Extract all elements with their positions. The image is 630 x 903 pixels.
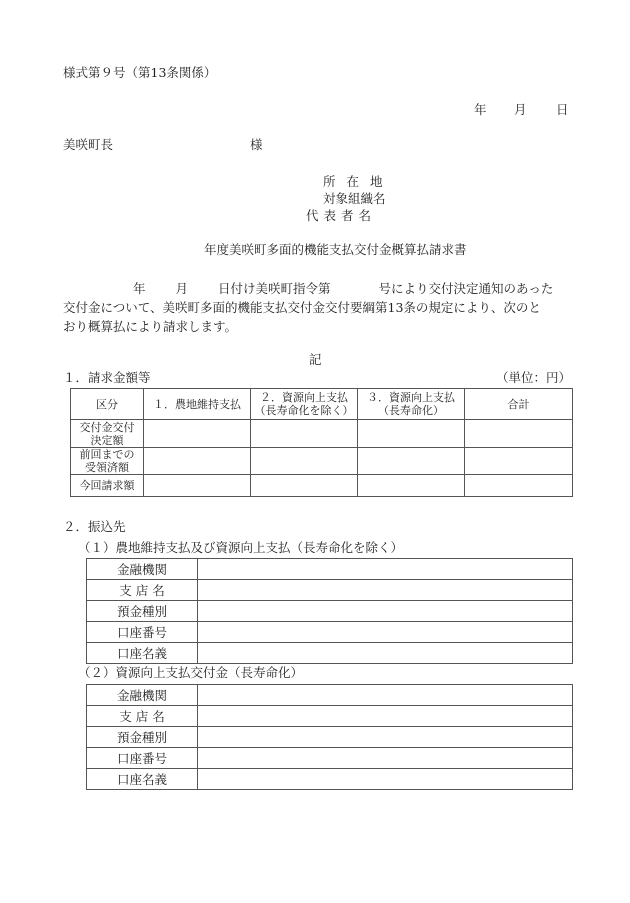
cell-input[interactable]	[358, 420, 465, 448]
request-amount-table: 区分 １．農地維持支払 ２．資源向上支払（長寿命化を除く） ３．資源向上支払（長…	[70, 388, 573, 497]
table-row: 口座名義	[87, 643, 573, 664]
body-line3: おり概算払により請求します。	[63, 317, 573, 336]
col3-line1: ３．資源向上支払	[358, 391, 464, 404]
cell-input[interactable]	[251, 448, 358, 475]
field-label: 預金種別	[87, 601, 198, 622]
form-number: 様式第９号（第13条関係）	[63, 67, 216, 80]
account-holder-field[interactable]	[198, 643, 573, 664]
field-label: 口座名義	[87, 769, 198, 790]
field-label: 口座名義	[87, 643, 198, 664]
date-day-label: 日	[556, 104, 569, 117]
branch-name-field[interactable]	[198, 706, 573, 727]
account2-title: （２）資源向上支払交付金（長寿命化）	[78, 667, 303, 680]
table-row: 口座番号	[87, 748, 573, 769]
unit-label: （単位：円）	[496, 372, 571, 385]
col-header-category: 区分	[71, 389, 144, 420]
table-row: 交付金交付決定額	[71, 420, 573, 448]
cell-input[interactable]	[144, 475, 251, 497]
bank-name-field[interactable]	[198, 685, 573, 706]
document-title: 年度美咲町多面的機能支払交付金概算払請求書	[204, 244, 467, 257]
table-row: 口座番号	[87, 622, 573, 643]
row-label-line2: 決定額	[71, 434, 143, 447]
date-year-label: 年	[474, 104, 487, 117]
table-row: 支 店 名	[87, 706, 573, 727]
col2-line1: ２．資源向上支払	[251, 391, 357, 404]
col-header-resource: ２．資源向上支払（長寿命化を除く）	[251, 389, 358, 420]
bank-account-table-1: 金融機関 支 店 名 預金種別 口座番号 口座名義	[86, 558, 573, 664]
account-number-field[interactable]	[198, 748, 573, 769]
table-row: 預金種別	[87, 601, 573, 622]
col-header-farmland: １．農地維持支払	[144, 389, 251, 420]
body-year: 年	[133, 281, 146, 296]
table-row: 今回請求額	[71, 475, 573, 497]
account-holder-field[interactable]	[198, 769, 573, 790]
section2-heading: ２．振込先	[63, 521, 126, 534]
account1-title: （１）農地維持支払及び資源向上支払（長寿命化を除く）	[78, 542, 403, 555]
col2-line2: （長寿命化を除く）	[251, 404, 357, 417]
body-line1-tail: 号により交付決定通知のあった	[379, 281, 554, 296]
honorific: 様	[250, 139, 263, 152]
cell-input[interactable]	[465, 448, 573, 475]
cell-input[interactable]	[465, 475, 573, 497]
row-label: 前回までの受領済額	[71, 448, 144, 475]
field-label: 口座番号	[87, 748, 198, 769]
body-paragraph: 年月日付け美咲町指令第号により交付決定通知のあった 交付金について、美咲町多面的…	[63, 279, 573, 336]
table-row: 預金種別	[87, 727, 573, 748]
deposit-type-field[interactable]	[198, 601, 573, 622]
table-row: 口座名義	[87, 769, 573, 790]
date-month-label: 月	[514, 104, 527, 117]
field-label: 支 店 名	[87, 580, 198, 601]
field-label: 金融機関	[87, 559, 198, 580]
cell-input[interactable]	[144, 420, 251, 448]
table-row: 金融機関	[87, 559, 573, 580]
deposit-type-field[interactable]	[198, 727, 573, 748]
cell-input[interactable]	[251, 420, 358, 448]
body-line2: 交付金について、美咲町多面的機能支払交付金交付要綱第13条の規定により、次のと	[63, 298, 573, 317]
bank-account-table-2: 金融機関 支 店 名 預金種別 口座番号 口座名義	[86, 684, 573, 790]
bank-name-field[interactable]	[198, 559, 573, 580]
col-header-total: 合計	[465, 389, 573, 420]
col-header-longevity: ３．資源向上支払（長寿命化）	[358, 389, 465, 420]
row-label-line1: 交付金交付	[71, 421, 143, 434]
table-row: 前回までの受領済額	[71, 448, 573, 475]
field-label: 金融機関	[87, 685, 198, 706]
cell-input[interactable]	[251, 475, 358, 497]
col3-line2: （長寿命化）	[358, 404, 464, 417]
cell-input[interactable]	[144, 448, 251, 475]
address-label: 所在地	[323, 176, 394, 189]
cell-input[interactable]	[358, 448, 465, 475]
ki-heading: 記	[309, 354, 322, 367]
addressee: 美咲町長	[63, 139, 113, 152]
field-label: 支 店 名	[87, 706, 198, 727]
row-label-line1: 前回までの	[71, 448, 143, 461]
table-row: 支 店 名	[87, 580, 573, 601]
table-row: 金融機関	[87, 685, 573, 706]
field-label: 預金種別	[87, 727, 198, 748]
representative-label: 代表者名	[306, 210, 376, 223]
account-number-field[interactable]	[198, 622, 573, 643]
branch-name-field[interactable]	[198, 580, 573, 601]
body-month: 月	[176, 281, 189, 296]
organization-label: 対象組織名	[323, 193, 386, 206]
section1-heading: １．請求金額等	[63, 372, 151, 385]
row-label: 今回請求額	[71, 475, 144, 497]
row-label: 交付金交付決定額	[71, 420, 144, 448]
cell-input[interactable]	[358, 475, 465, 497]
cell-input[interactable]	[465, 420, 573, 448]
field-label: 口座番号	[87, 622, 198, 643]
body-line1: 日付け美咲町指令第	[218, 281, 331, 296]
row-label-line2: 受領済額	[71, 461, 143, 474]
